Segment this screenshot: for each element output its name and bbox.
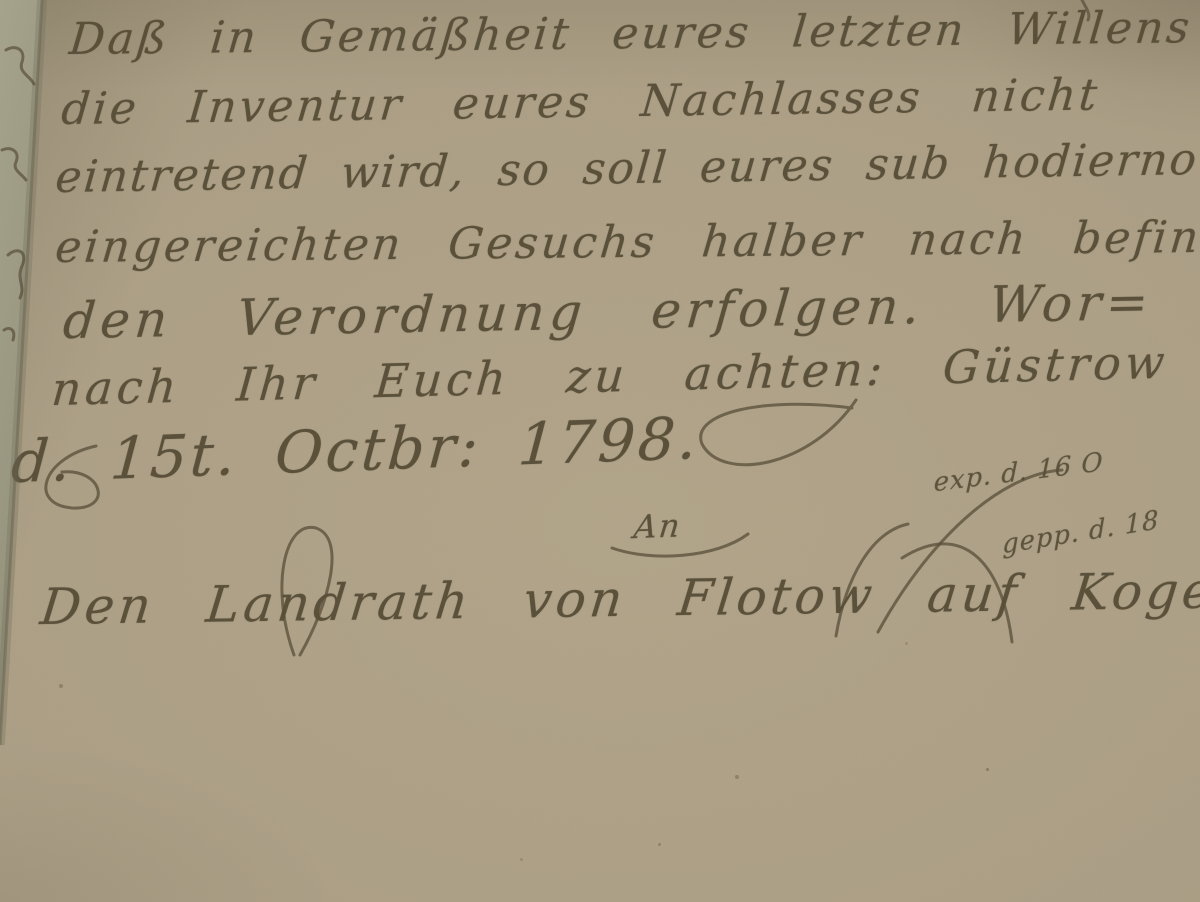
foxing-speck [986, 768, 989, 771]
insertion-an: An [632, 506, 684, 546]
manuscript-line-3: eintretend wird, so soll eures sub hodie… [53, 134, 1200, 203]
manuscript-line-1: Daß in Gemäßheit eures letzten Willens [67, 2, 1194, 65]
address-line: Den Landrath von Flotow auf Kogel. [38, 561, 1200, 636]
foxing-speck [520, 858, 523, 861]
manuscript-line-2: die Inventur eures Nachlasses nicht [59, 70, 1102, 136]
manuscript-line-7-date: d. 15t. Octbr: 1798. [9, 404, 702, 496]
foxing-speck [658, 843, 661, 846]
margin-note-expedited: exp. d. 16 O [933, 447, 1103, 498]
foxing-speck [735, 775, 739, 779]
margin-note-second: gepp. d. 18 [1002, 505, 1160, 560]
manuscript-page: Daß in Gemäßheit eures letzten Willens d… [0, 0, 1200, 902]
foxing-speck [59, 684, 63, 688]
flourish-erfolgen-loop [701, 400, 856, 465]
foxing-speck [905, 642, 908, 645]
manuscript-line-4: eingereichten Gesuchs halber nach befin= [53, 212, 1200, 273]
